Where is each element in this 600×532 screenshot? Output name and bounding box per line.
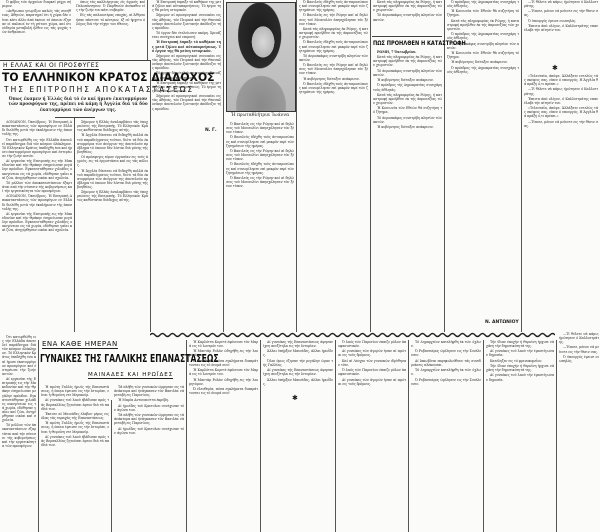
author-signature: Ν. ΑΝΤΩΝΙΟΥ <box>485 320 519 325</box>
column-rule <box>147 0 148 60</box>
article-text: Ή πρώτη Γαλλίς ήρωΐς τής Επαναστάσεως, ή… <box>41 385 109 532</box>
section-ornament-icon: ✱ <box>292 394 298 402</box>
column-rule <box>521 0 522 332</box>
article-text: Ό Βασιλεύς έδέχθη τούς άντιπροσώπους καί… <box>299 0 368 332</box>
column-rule <box>444 0 445 332</box>
article-text: Ή Καρλόττα Κορντέ έφόνευσε τόν Μαρά εις … <box>189 340 258 532</box>
newspaper-page: Ό φόβος τών άρχαίων διαρκεΐ μέχρι σήμερο… <box>0 0 600 532</box>
article-text: Τήν ίδιαν έποχήν ή Θεροΐνη ήρχισε νά χάν… <box>486 340 554 532</box>
article-text: Τό Δημαρχεΐον κατελήφθη έκ τών όχλων. Ό … <box>411 340 481 532</box>
article-kicker: Η ΕΛΛΑΣ ΚΑΙ ΟΙ ΠΡΟΣΦΥΓΕΣ <box>3 62 99 70</box>
article-text: ΛΟΝΔΙΝΟΝ, Όκτώβριος. Ή Επιτροπή Αποκατασ… <box>2 120 72 332</box>
article-text: Ό λαός τών Παρισίων έπαιζε ρόλον άποφασι… <box>338 340 406 532</box>
article-text: Ό Βασιλεύς εις τήν Ρώμην καί αί δηλώσεις… <box>226 122 294 332</box>
column-rule <box>296 0 297 332</box>
wavy-divider <box>150 332 555 338</box>
article-text: Ότι κατωρθώθη εις τήν Ελλάδα άποτελεί πα… <box>2 335 36 532</box>
article-deck: Όπως έκαμεν ή Έλλάς διά τό έν καί ήμισυ … <box>8 96 148 112</box>
article-text: —Τί θέλετε νά κάμω; ήρώτησεν ό Καλλιστρά… <box>524 0 598 62</box>
column-rule <box>38 340 39 532</box>
article-text: Τά πλήθη τών γυναικών ώρμησαν εις τά άνά… <box>114 385 184 532</box>
article-text: ΡΩΜΗ, 7 Όκτωβρίου. Κατά τάς πληροφορίας … <box>373 50 442 332</box>
article-text: Ό φόβος τών άρχαίων διαρκεΐ μέχρι σήμερο… <box>2 0 145 58</box>
photo-caption: Ή πρωταθλήτρια Ίωάννα <box>226 113 294 118</box>
article-text: —Τί θέλετε νά κάμω; ήρώτησεν ό Καλλιστρά… <box>559 332 599 532</box>
article-text: «Τελευταΐα, άπόψε. Άλλάξατε εντελώς τάς … <box>524 74 598 332</box>
section-ornament-icon: ✱ <box>552 64 558 72</box>
article-text: Κατά τάς πληροφορίας έκ Ρώμης, ή καταστρ… <box>373 0 442 34</box>
article-text: Σήμερον ή Ελλάς άναλαμβάνει τάς ύποχρεώσ… <box>77 120 148 332</box>
column-rule <box>223 0 224 332</box>
article-text: Ό πρόεδρος τής Δημοκρατίας συνεχάρη τούς… <box>447 0 519 314</box>
column-rule <box>483 340 484 532</box>
article-kicker: ΕΝΑ ΚΑΘΕ ΗΜΕΡΑΝ <box>42 340 118 349</box>
column-rule <box>408 340 409 532</box>
column-rule <box>111 400 112 532</box>
deck-rule <box>55 117 95 118</box>
column-rule <box>335 340 336 532</box>
column-rule <box>74 118 75 332</box>
column-rule <box>150 60 151 332</box>
column-rule <box>260 340 261 532</box>
author-initials: Ν. Γ. <box>205 128 217 133</box>
article-subheadline: ΜΑΙΝΑΔΕΣ ΚΑΙ ΗΡΩΪΔΕΣ <box>88 372 173 379</box>
article-text: Αί γυναίκες τής Επαναστάσεως άφησαν ίχνη… <box>263 340 333 532</box>
column-rule <box>186 340 187 532</box>
column-rule <box>370 0 371 332</box>
section-rule <box>0 60 150 61</box>
article-text: Ή Επιτροπή έπραξε τό καθήκον της μετά ζή… <box>152 0 221 332</box>
column-rule <box>556 340 557 532</box>
section-rule <box>372 36 442 37</box>
portrait-photo <box>226 2 296 112</box>
